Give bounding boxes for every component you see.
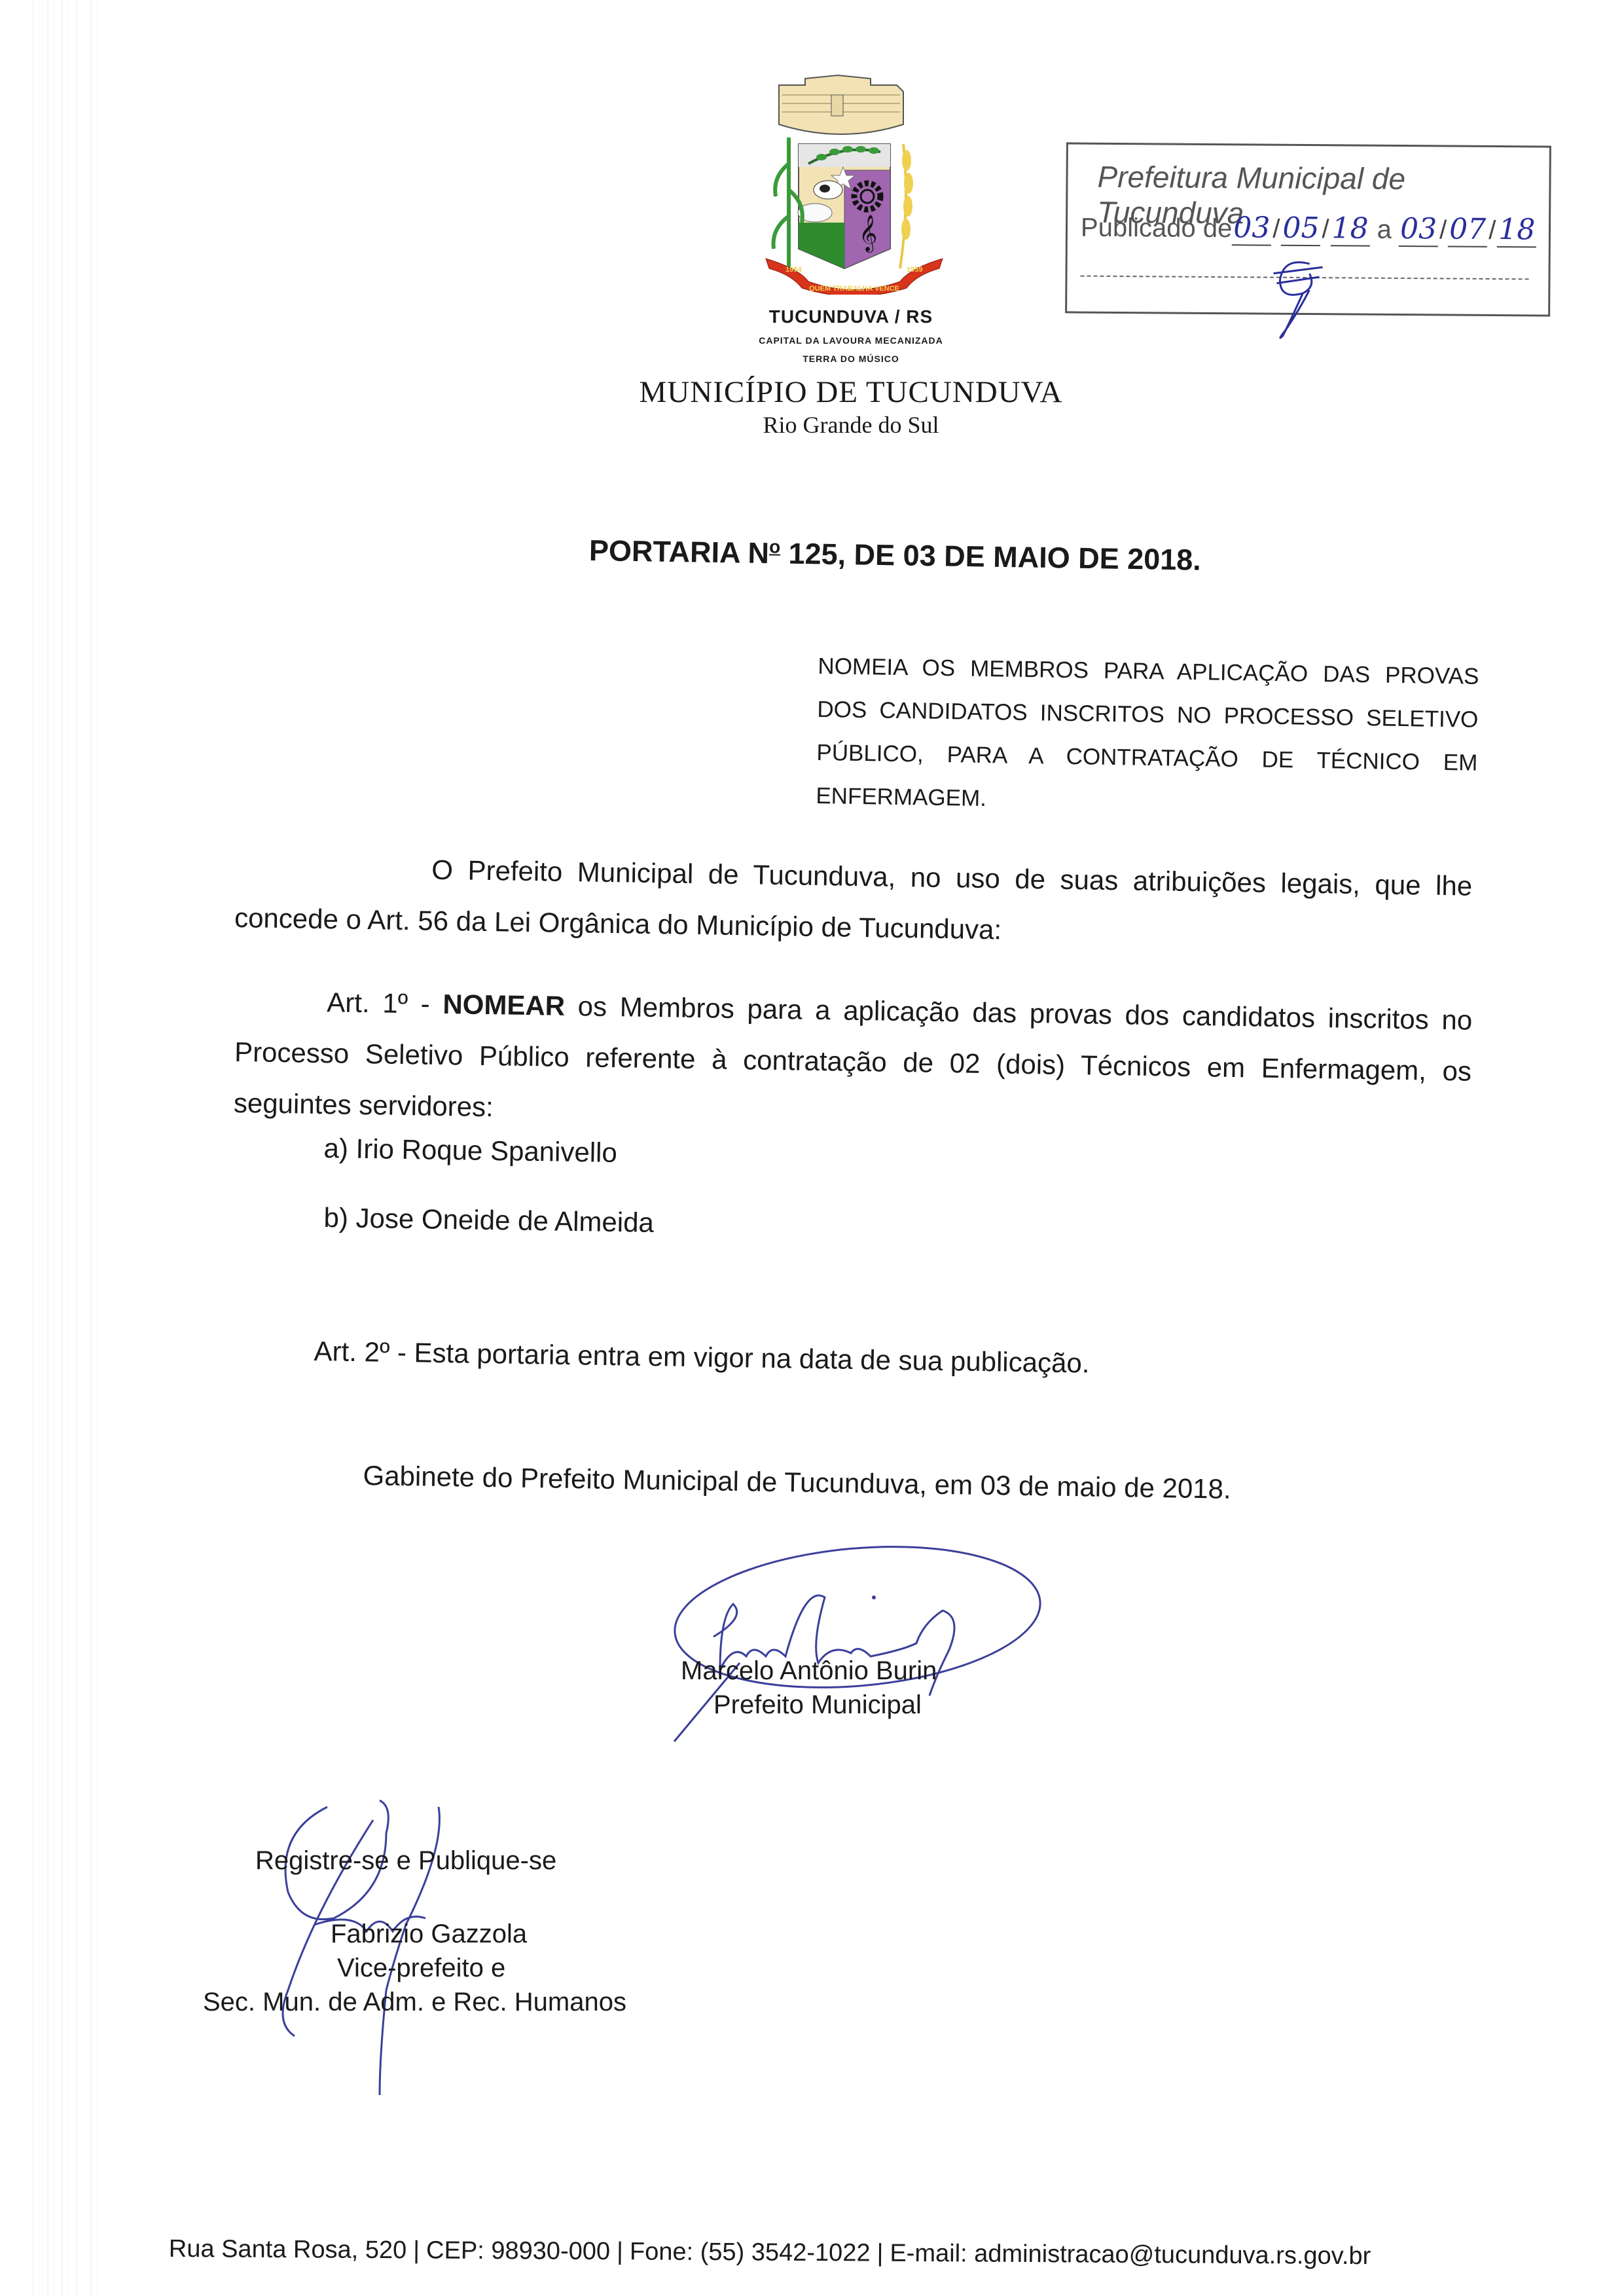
state-name: Rio Grande do Sul [524, 411, 1178, 439]
stamp-to-day: 03 [1399, 212, 1438, 247]
register-publish-text: Registre-se e Publique-se [255, 1846, 556, 1876]
article-1-label: Art. 1º - [327, 987, 443, 1019]
document-summary: NOMEIA OS MEMBROS PARA APLICAÇÃO DAS PRO… [816, 645, 1479, 828]
mayor-name: Marcelo Antônio Burin [681, 1656, 937, 1686]
title-prefix: PORTARIA N [589, 534, 770, 570]
stamp-from-year: 18 [1330, 211, 1369, 246]
stamp-from-day: 03 [1232, 211, 1271, 246]
footer-cep: CEP: 98930-000 [426, 2236, 610, 2265]
title-rest: 125, DE 03 DE MAIO DE 2018. [780, 537, 1202, 577]
crest-title: TUCUNDUVA / RS [720, 306, 982, 327]
crest-subtitle-2: TERRA DO MÚSICO [720, 354, 982, 364]
mayor-signature-icon [655, 1545, 1060, 1761]
article-1-verb: NOMEAR [442, 989, 565, 1021]
vice-mayor-department: Sec. Mun. de Adm. e Rec. Humanos [203, 1988, 626, 2017]
closing-line: Gabinete do Prefeito Municipal de Tucund… [363, 1460, 1231, 1505]
stamp-to-month: 07 [1448, 212, 1487, 247]
crest-year-start: 1954 [785, 266, 802, 274]
document-title: PORTARIA No 125, DE 03 DE MAIO DE 2018. [589, 534, 1202, 577]
vice-mayor-role: Vice-prefeito e [337, 1954, 505, 1983]
stamp-from-month: 05 [1281, 211, 1320, 246]
preamble-paragraph: O Prefeito Municipal de Tucunduva, no us… [234, 841, 1473, 963]
crest-motto: QUEM TRABALHA VENCE [809, 285, 899, 293]
municipality-name: MUNICÍPIO DE TUCUNDUVA [524, 374, 1178, 410]
title-ordinal: o [769, 536, 781, 556]
stamp-to-year: 18 [1497, 213, 1536, 247]
member-item: a) Irio Roque Spanivello [323, 1133, 617, 1169]
footer-phone: Fone: (55) 3542-1022 [630, 2238, 871, 2267]
article-2-paragraph: Art. 2º - Esta portaria entra em vigor n… [314, 1336, 1090, 1379]
crest-year-end: 1959 [907, 266, 922, 274]
stamp-published-line: Publicado de03/05/18 a 03/07/18 [1081, 210, 1537, 248]
stamp-to-label: a [1377, 215, 1392, 244]
crest-subtitle: CAPITAL DA LAVOURA MECANIZADA [720, 335, 982, 346]
vice-mayor-name: Fabrizio Gazzola [331, 1920, 527, 1949]
mayor-role: Prefeito Municipal [713, 1690, 922, 1720]
footer-address: Rua Santa Rosa, 520 [169, 2235, 407, 2264]
footer-email[interactable]: E-mail: administracao@tucunduva.rs.gov.b… [890, 2240, 1371, 2270]
municipal-crest-icon: 𝄞 QUEM TRABALHA VENCE 1954 1959 [759, 72, 949, 295]
publication-stamp: Prefeitura Municipal de Tucunduva Public… [1065, 142, 1551, 316]
stamp-published-label: Publicado de [1081, 213, 1233, 244]
article-1-paragraph: Art. 1º - NOMEAR os Membros para a aplic… [233, 975, 1472, 1148]
stamp-initials-signature-icon [1263, 244, 1343, 343]
scan-edge-artifact [33, 0, 105, 2296]
footer-contact: Rua Santa Rosa, 520|CEP: 98930-000|Fone:… [169, 2235, 1371, 2270]
member-item: b) Jose Oneide de Almeida [323, 1202, 654, 1239]
svg-text:𝄞: 𝄞 [859, 215, 877, 253]
